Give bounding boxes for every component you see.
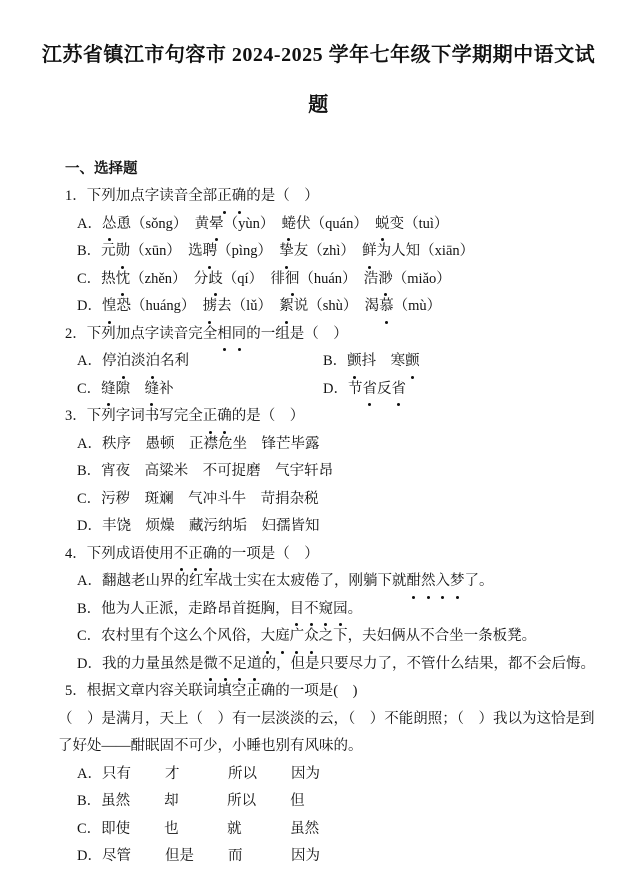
option-text: 热忱（zhěn） 分歧（qí） 徘徊（huán） 浩渺（miǎo） [101, 271, 451, 287]
emphasized-char: 勋 [116, 238, 131, 266]
question-stem: 4．下列成语使用不正确的一项是（ ） [0, 541, 637, 569]
option-word: 所以 [227, 788, 290, 816]
emphasized-char: 絮 [279, 293, 294, 321]
emphasized-char: 正 [188, 541, 203, 569]
option-text: 他为人正派，走路昂首挺胸，目不窥园。 [101, 601, 362, 617]
option-text: 秩序 愚顿 正襟危坐 锋芒毕露 [102, 436, 320, 452]
question-stem: 5．根据文章内容关联词填空正确的一项是( ) [0, 678, 637, 706]
question-2: 2．下列加点字读音完全相同的一组是（ ）A．停泊淡泊名利B．颤抖 寒颤C．缝隙 … [0, 321, 637, 404]
option-A: A．翻越老山界的红军战士实在太疲倦了，刚躺下就酣然入梦了。 [0, 568, 637, 596]
option-text: 我的力量虽然是微不足道的，但是只要尽力了，不管什么结果，都不会后悔。 [102, 656, 595, 672]
option-word: 也 [164, 816, 227, 844]
emphasized-char: 窥 [319, 596, 334, 624]
option-C: C．污秽 斑斓 气冲斗牛 苛捐杂税 [0, 486, 637, 514]
question-passage: （ ）是满月，天上（ ）有一层淡淡的云，（ ）不能朗照；（ ）我以为这恰是到了好… [0, 706, 637, 761]
emphasized-char: 忱 [116, 266, 131, 294]
option-label: B． [77, 793, 101, 809]
option-B: B．他为人正派，走路昂首挺胸，目不窥园。 [0, 596, 637, 624]
emphasized-char: 正 [217, 183, 232, 211]
option-text: 节省反省 [348, 381, 406, 397]
option-D: D．我的力量虽然是微不足道的，但是只要尽力了，不管什么结果，都不会后悔。 [0, 651, 637, 679]
option-label: B． [77, 243, 101, 259]
emphasized-char: 同 [232, 321, 247, 349]
section-heading: 一、选择题 [0, 156, 637, 183]
emphasized-char: 确 [203, 541, 218, 569]
emphasized-char: 缝 [101, 376, 116, 404]
emphasized-char: 省 [362, 376, 377, 404]
option-word: 只有 [102, 761, 165, 789]
option-text: 惶恐（huáng） 掳去（lǔ） 絮说（shù） 渴慕（mù） [102, 298, 441, 314]
option-label: D． [323, 381, 348, 397]
option-label: A． [77, 573, 102, 589]
title-line-2: 题 [0, 80, 637, 130]
emphasized-char: 入 [435, 568, 450, 596]
question-4: 4．下列成语使用不正确的一项是（ ）A．翻越老山界的红军战士实在太疲倦了，刚躺下… [0, 541, 637, 679]
page-title: 江苏省镇江市句容市 2024-2025 学年七年级下学期期中语文试 题 [0, 0, 637, 130]
option-text: 宵夜 高粱米 不可捉磨 气宇轩昂 [101, 463, 333, 479]
option-D: D．丰饶 烦燥 藏污纳垢 妇孺皆知 [0, 513, 637, 541]
question-number: 1． [65, 188, 87, 204]
option-label: A． [77, 766, 102, 782]
emphasized-char: 不 [218, 651, 233, 679]
option-B: B．颤抖 寒颤 [246, 348, 637, 376]
emphasized-char: 歧 [208, 266, 223, 294]
option-word: 因为 [291, 761, 320, 789]
option-label: D． [77, 518, 102, 534]
option-A: A．怂恿（sǒng） 黄晕（yùn） 蜷伏（quán） 蜕变（tuì） [0, 211, 637, 239]
question-number: 4． [65, 546, 87, 562]
option-text: 污秽 斑斓 气冲斗牛 苛捐杂税 [101, 491, 319, 507]
option-word: 尽管 [102, 843, 165, 871]
option-D: D．节省反省 [246, 376, 637, 404]
emphasized-char: 庭 [275, 623, 290, 651]
question-number: 3． [65, 408, 87, 424]
emphasized-char: 正 [203, 403, 218, 431]
question-list: 1．下列加点字读音全部正确的是（ ）A．怂恿（sǒng） 黄晕（yùn） 蜷伏（… [0, 183, 637, 871]
option-label: B． [77, 463, 101, 479]
option-word: 所以 [228, 761, 291, 789]
emphasized-char: 相 [217, 321, 232, 349]
option-label: A． [77, 353, 102, 369]
option-text: 停泊淡泊名利 [102, 353, 189, 369]
option-C: C．农村里有个这么个风俗，大庭广众之下，夫妇俩从不合坐一条板凳。 [0, 623, 637, 651]
option-A: A．只有才所以因为 [0, 761, 637, 789]
emphasized-char: 徊 [285, 266, 300, 294]
emphasized-char: 怂 [102, 211, 117, 239]
emphasized-char: 惶 [102, 293, 117, 321]
emphasized-char: 省 [391, 376, 406, 404]
emphasized-char: 慕 [379, 293, 394, 321]
emphasized-char: 晕 [209, 211, 224, 239]
option-text: 怂恿（sǒng） 黄晕（yùn） 蜷伏（quán） 蜕变（tuì） [102, 216, 448, 232]
option-D: D．惶恐（huáng） 掳去（lǔ） 絮说（shù） 渴慕（mù） [0, 293, 637, 321]
option-word: 就 [227, 816, 290, 844]
option-B: B．元勋（xūn） 选聘（pìng） 挚友（zhì） 鲜为人知（xiān） [0, 238, 637, 266]
option-C: C．热忱（zhěn） 分歧（qí） 徘徊（huán） 浩渺（miǎo） [0, 266, 637, 294]
emphasized-char: 掳 [203, 293, 218, 321]
emphasized-char: 道 [247, 651, 262, 679]
emphasized-char: 颤 [405, 348, 420, 376]
option-label: A． [77, 216, 102, 232]
option-label: D． [77, 656, 102, 672]
emphasized-char: 渺 [378, 266, 393, 294]
emphasized-char: 酣 [406, 568, 421, 596]
emphasized-char: 蜕 [375, 211, 390, 239]
option-word: 虽然 [101, 788, 164, 816]
question-5: 5．根据文章内容关联词填空正确的一项是( )（ ）是满月，天上（ ）有一层淡淡的… [0, 678, 637, 871]
question-stem: 2．下列加点字读音完全相同的一组是（ ） [0, 321, 637, 349]
option-B: B．虽然却所以但 [0, 788, 637, 816]
emphasized-char: 目 [290, 596, 305, 624]
emphasized-char: 梦 [450, 568, 465, 596]
option-label: D． [77, 298, 102, 314]
emphasized-char: 聘 [203, 238, 218, 266]
emphasized-char: 大 [261, 623, 276, 651]
emphasized-char: 颤 [347, 348, 362, 376]
option-D: D．尽管但是而因为 [0, 843, 637, 871]
option-word: 即使 [101, 816, 164, 844]
emphasized-char: 众 [304, 623, 319, 651]
emphasized-char: 泊 [116, 348, 131, 376]
emphasized-char: 确 [217, 403, 232, 431]
option-word: 虽然 [290, 816, 319, 844]
option-label: A． [77, 436, 102, 452]
emphasized-char: 不 [174, 541, 189, 569]
option-label: C． [77, 271, 101, 287]
emphasized-char: 确 [232, 183, 247, 211]
emphasized-char: 不 [304, 596, 319, 624]
option-C: C．缝隙 缝补 [0, 376, 246, 404]
option-text: 缝隙 缝补 [101, 381, 174, 397]
option-A: A．停泊淡泊名利 [0, 348, 246, 376]
question-stem: 3．下列字词书写完全正确的是（ ） [0, 403, 637, 431]
question-3: 3．下列字词书写完全正确的是（ ）A．秩序 愚顿 正襟危坐 锋芒毕露B．宵夜 高… [0, 403, 637, 541]
option-C: C．即使也就虽然 [0, 816, 637, 844]
option-word: 因为 [291, 843, 320, 871]
emphasized-char: 广 [290, 623, 305, 651]
emphasized-char: 缝 [145, 376, 160, 404]
emphasized-char: 然 [421, 568, 436, 596]
option-text: 丰饶 烦燥 藏污纳垢 妇孺皆知 [102, 518, 320, 534]
option-label: B． [77, 601, 101, 617]
question-number: 2． [65, 326, 87, 342]
option-text: 农村里有个这么个风俗，大庭广众之下，夫妇俩从不合坐一条板凳。 [101, 628, 536, 644]
question-number: 5． [65, 683, 87, 699]
option-word: 而 [228, 843, 291, 871]
option-label: C． [77, 628, 101, 644]
question-stem: 1．下列加点字读音全部正确的是（ ） [0, 183, 637, 211]
option-A: A．秩序 愚顿 正襟危坐 锋芒毕露 [0, 431, 637, 459]
option-label: C． [77, 491, 101, 507]
option-label: D． [77, 848, 102, 864]
emphasized-char: 微 [203, 651, 218, 679]
emphasized-char: 园 [333, 596, 348, 624]
title-line-1: 江苏省镇江市句容市 2024-2025 学年七年级下学期期中语文试 [0, 30, 637, 80]
option-text: 颤抖 寒颤 [347, 353, 420, 369]
emphasized-char: 鲜 [362, 238, 377, 266]
option-label: C． [77, 381, 101, 397]
option-text: 元勋（xūn） 选聘（pìng） 挚友（zhì） 鲜为人知（xiān） [101, 243, 474, 259]
emphasized-char: 泊 [145, 348, 160, 376]
emphasized-char: 挚 [279, 238, 294, 266]
option-label: C． [77, 821, 101, 837]
document-page: 江苏省镇江市句容市 2024-2025 学年七年级下学期期中语文试 题 一、选择… [0, 0, 637, 896]
option-word: 却 [164, 788, 227, 816]
option-word: 但 [290, 788, 305, 816]
option-grid: A．停泊淡泊名利B．颤抖 寒颤C．缝隙 缝补D．节省反省 [0, 348, 637, 403]
emphasized-char: 蜷 [282, 211, 297, 239]
option-word: 才 [165, 761, 228, 789]
option-B: B．宵夜 高粱米 不可捉磨 气宇轩昂 [0, 458, 637, 486]
question-1: 1．下列加点字读音全部正确的是（ ）A．怂恿（sǒng） 黄晕（yùn） 蜷伏（… [0, 183, 637, 321]
option-word: 但是 [165, 843, 228, 871]
emphasized-char: 足 [232, 651, 247, 679]
option-label: B． [323, 353, 347, 369]
option-text: 翻越老山界的红军战士实在太疲倦了，刚躺下就酣然入梦了。 [102, 573, 494, 589]
